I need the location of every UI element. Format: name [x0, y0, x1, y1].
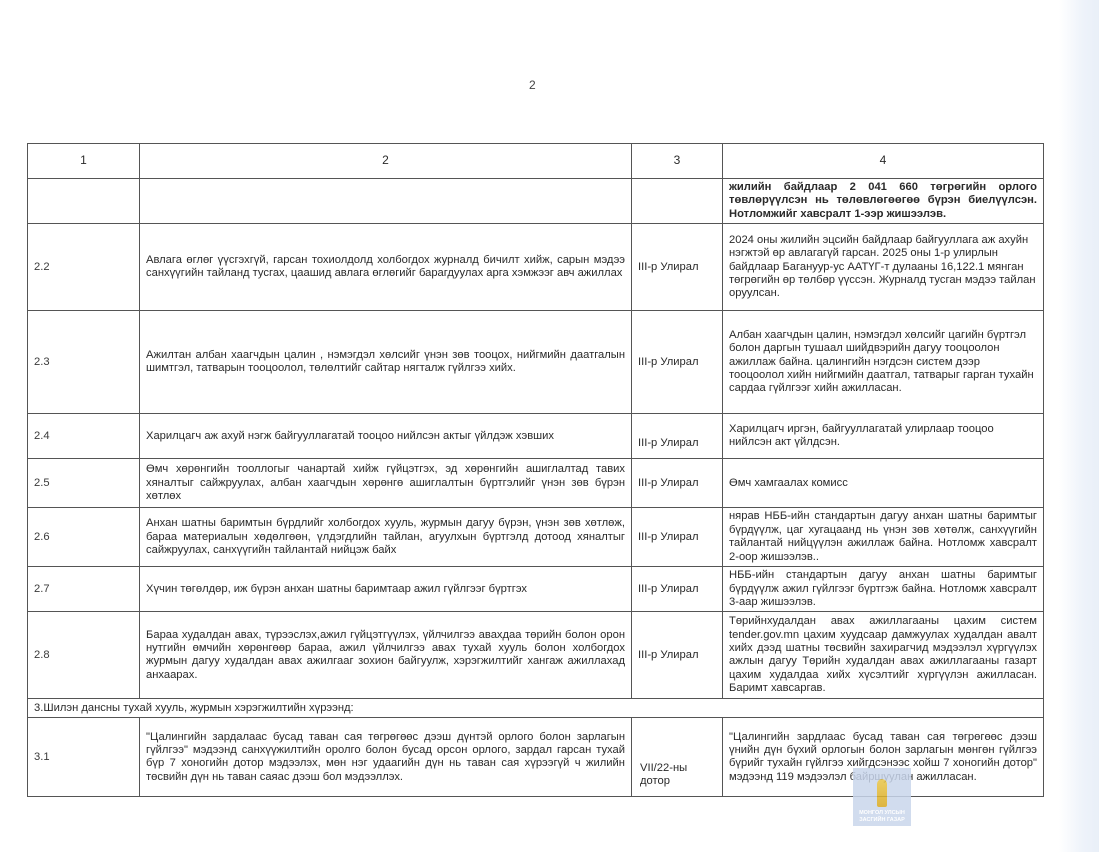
cell-period: III-р Улирал — [632, 567, 723, 612]
table-row-continuation: жилийн байдлаар 2 041 660 төгрөгийн орло… — [28, 179, 1044, 224]
report-table: 1 2 3 4 жилийн байдлаар 2 041 660 төгрөг… — [27, 143, 1044, 797]
table-row: 2.5 Өмч хөрөнгийн тооллогыг чанартай хий… — [28, 459, 1044, 508]
section-heading: 3.Шилэн дансны тухай хууль, журмын хэрэг… — [28, 699, 1044, 718]
cell-id: 2.3 — [28, 311, 140, 414]
header-col-3: 3 — [632, 144, 723, 179]
cell-result: Өмч хамгаалах комисс — [723, 459, 1044, 508]
cell-task: Авлага өглөг үүсгэхгүй, гарсан тохиолдол… — [140, 224, 632, 311]
cell-id: 2.6 — [28, 508, 140, 567]
table-row: 2.7 Хүчин төгөлдөр, иж бүрэн анхан шатны… — [28, 567, 1044, 612]
cell-task: Бараа худалдан авах, түрээслэх,ажил гүйц… — [140, 612, 632, 699]
cell-task: Хүчин төгөлдөр, иж бүрэн анхан шатны бар… — [140, 567, 632, 612]
cell-result: 2024 оны жилийн эцсийн байдлаар байгуулл… — [723, 224, 1044, 311]
table-row: 2.4 Харилцагч аж ахуй нэгж байгууллагата… — [28, 414, 1044, 459]
cell-task: "Цалингийн зардалаас бусад таван сая төг… — [140, 718, 632, 797]
cell-period: VII/22-ны дотор — [632, 718, 723, 797]
cell-period: III-р Улирал — [632, 414, 723, 459]
cell-task: Ажилтан албан хаагчдын цалин , нэмэгдэл … — [140, 311, 632, 414]
cell-period: III-р Улирал — [632, 224, 723, 311]
cell-id: 3.1 — [28, 718, 140, 797]
table-row: 2.6 Анхан шатны баримтын бүрдлийг холбог… — [28, 508, 1044, 567]
cell-result: Албан хаагчдын цалин, нэмэгдэл хөлсийг ц… — [723, 311, 1044, 414]
government-stamp: МОНГОЛ УЛСЫН ЗАСГИЙН ГАЗАР — [853, 768, 911, 826]
cell-task — [140, 179, 632, 224]
cell-result: жилийн байдлаар 2 041 660 төгрөгийн орло… — [723, 179, 1044, 224]
cell-task: Анхан шатны баримтын бүрдлийг холбогдох … — [140, 508, 632, 567]
header-col-4: 4 — [723, 144, 1044, 179]
section-heading-row: 3.Шилэн дансны тухай хууль, журмын хэрэг… — [28, 699, 1044, 718]
cell-task: Өмч хөрөнгийн тооллогыг чанартай хийж гү… — [140, 459, 632, 508]
cell-id: 2.2 — [28, 224, 140, 311]
cell-period: III-р Улирал — [632, 311, 723, 414]
state-emblem-icon — [877, 779, 887, 807]
header-col-1: 1 — [28, 144, 140, 179]
cell-result: Төрийнхудалдан авах ажиллагааны цахим си… — [723, 612, 1044, 699]
cell-id: 2.4 — [28, 414, 140, 459]
cell-task: Харилцагч аж ахуй нэгж байгууллагатай то… — [140, 414, 632, 459]
scan-edge-shadow — [1059, 0, 1099, 852]
header-col-2: 2 — [140, 144, 632, 179]
page-number: 2 — [529, 78, 536, 92]
cell-period: III-р Улирал — [632, 459, 723, 508]
cell-id — [28, 179, 140, 224]
table-row: 2.8 Бараа худалдан авах, түрээслэх,ажил … — [28, 612, 1044, 699]
cell-id: 2.7 — [28, 567, 140, 612]
cell-result: Харилцагч иргэн, байгууллагатай улирлаар… — [723, 414, 1044, 459]
table-row: 2.3 Ажилтан албан хаагчдын цалин , нэмэг… — [28, 311, 1044, 414]
table-header-row: 1 2 3 4 — [28, 144, 1044, 179]
cell-result: нярав НББ-ийн стандартын дагуу анхан шат… — [723, 508, 1044, 567]
cell-result: НББ-ийн стандартын дагуу анхан шатны бар… — [723, 567, 1044, 612]
cell-period: III-р Улирал — [632, 508, 723, 567]
cell-period — [632, 179, 723, 224]
table-row: 2.2 Авлага өглөг үүсгэхгүй, гарсан тохио… — [28, 224, 1044, 311]
cell-id: 2.8 — [28, 612, 140, 699]
cell-period: III-р Улирал — [632, 612, 723, 699]
cell-id: 2.5 — [28, 459, 140, 508]
stamp-line-2: ЗАСГИЙН ГАЗАР — [859, 817, 905, 824]
